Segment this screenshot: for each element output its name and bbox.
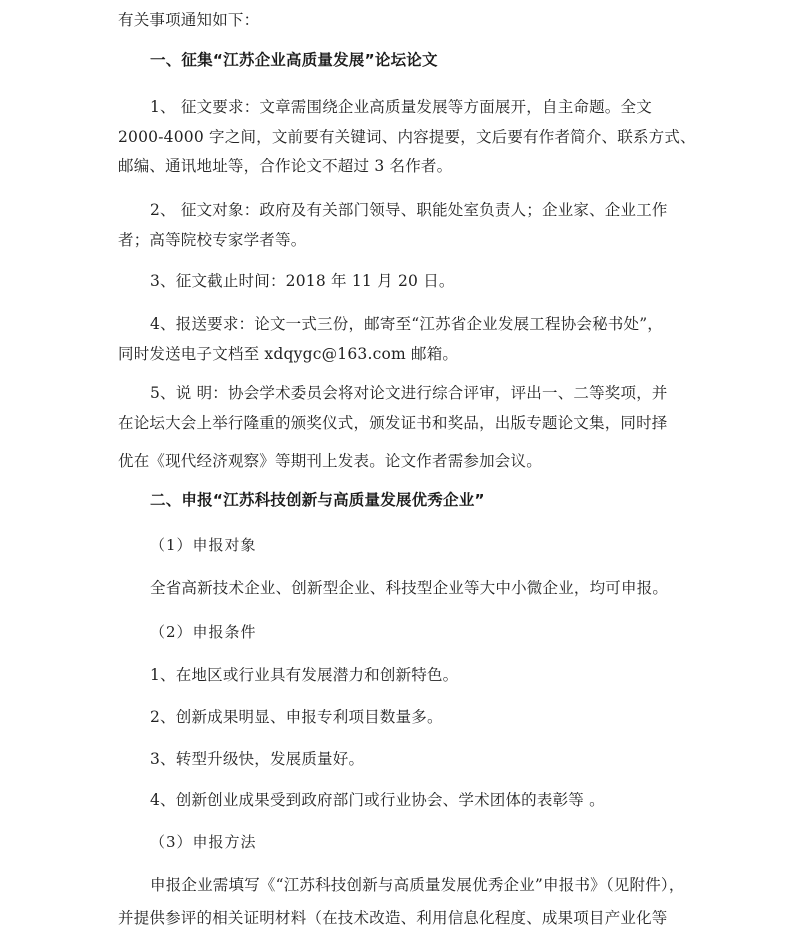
s1-item2-line2: 者；高等院校专家学者等。 (118, 229, 306, 251)
s1-item5-line3: 优在《现代经济观察》等期刊上发表。论文作者需参加会议。 (118, 450, 542, 472)
s1-item4-line1: 4、报送要求：论文一式三份，邮寄至“江苏省企业发展工程协会秘书处”， (150, 313, 663, 335)
s1-item5-line1: 5、说 明：协会学术委员会将对论文进行综合评审，评出一、二等奖项，并 (150, 382, 668, 404)
s2-sub2-item2: 2、创新成果明显、申报专利项目数量多。 (150, 706, 443, 728)
s2-sub3-line1: 申报企业需填写《“江苏科技创新与高质量发展优秀企业”申报书》（见附件）， (150, 874, 685, 896)
s2-sub2-title: （2）申报条件 (150, 621, 257, 643)
s2-sub2-item3: 3、转型升级快，发展质量好。 (150, 748, 364, 770)
s1-item1-line2: 2000-4000 字之间，文前要有关键词、内容提要，文后要有作者简介、联系方式… (118, 126, 696, 148)
s2-sub3-line2: 并提供参评的相关证明材料（在技术改造、利用信息化程度、成果项目产业化等 (118, 907, 668, 929)
s1-item1-line1: 1、 征文要求：文章需围绕企业高质量发展等方面展开，自主命题。全文 (150, 96, 652, 118)
s1-item4-line2: 同时发送电子文档至 xdqygc@163.com 邮箱。 (118, 343, 458, 365)
intro-text: 有关事项通知如下： (118, 9, 259, 31)
s1-item3-line1: 3、征文截止时间：2018 年 11 月 20 日。 (150, 270, 455, 292)
s2-sub1-title: （1）申报对象 (150, 534, 257, 556)
s2-sub1-text: 全省高新技术企业、创新型企业、科技型企业等大中小微企业，均可申报。 (150, 577, 668, 599)
s2-sub3-title: （3）申报方法 (150, 831, 257, 853)
s1-item2-line1: 2、 征文对象：政府及有关部门领导、职能处室负责人；企业家、企业工作 (150, 199, 668, 221)
s2-sub2-item4: 4、创新创业成果受到政府部门或行业协会、学术团体的表彰等 。 (150, 789, 605, 811)
s1-item1-line3: 邮编、通讯地址等，合作论文不超过 3 名作者。 (118, 155, 452, 177)
section1-heading: 一、征集“江苏企业高质量发展”论坛论文 (150, 49, 438, 71)
s1-item5-line2: 在论坛大会上举行隆重的颁奖仪式，颁发证书和奖品，出版专题论文集，同时择 (118, 412, 668, 434)
section2-heading: 二、申报“江苏科技创新与高质量发展优秀企业” (150, 489, 485, 511)
s2-sub2-item1: 1、在地区或行业具有发展潜力和创新特色。 (150, 664, 458, 686)
